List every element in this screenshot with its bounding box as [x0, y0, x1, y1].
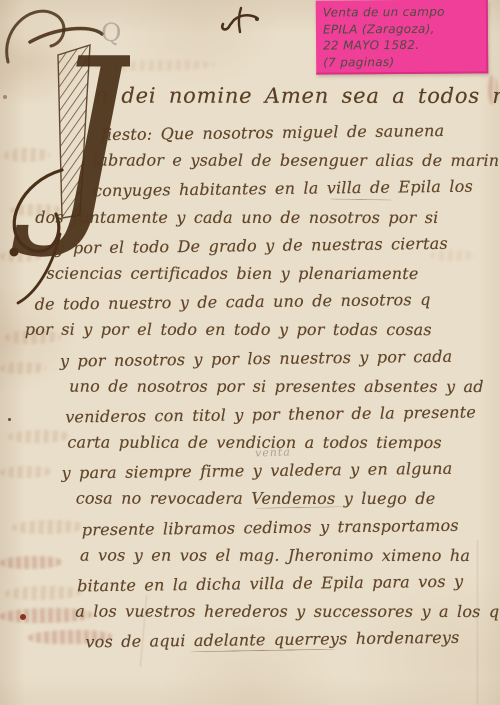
manuscript-line: fiesto: Que nosotros miguel de saunena — [101, 117, 499, 150]
manuscript-line: dos Juntamente y cada uno de nosotros po… — [35, 204, 499, 233]
manuscript-page: J Q Venta de un campo EPILA (Zaragoza), … — [0, 0, 500, 705]
manuscript-line: de todo nuestro y de cada uno de nosotro… — [35, 286, 500, 320]
manuscript-line: a vos y en vos el mag. Jheronimo ximeno … — [80, 542, 500, 571]
manuscript-line: cosa no revocadera Vendemos y luego de — [76, 486, 500, 515]
manuscript-text-block: n dei nomine Amen sea a todos mani fiest… — [0, 77, 500, 657]
manuscript-line: a los vuestros herederos y successores y… — [75, 599, 500, 628]
manuscript-line: y por el todo De grado y de nuestras cie… — [55, 230, 499, 264]
sticky-note-line: EPILA (Zaragoza), — [323, 20, 486, 38]
sticky-note: Venta de un campo EPILA (Zaragoza), 22 M… — [316, 0, 489, 75]
manuscript-line: labrador e ysabel de besenguer alias de … — [93, 148, 499, 177]
manuscript-line: presente libramos cedimos y transportamo… — [82, 512, 500, 545]
venta-pencil-annotation: venta — [255, 445, 291, 459]
manuscript-line: sciencias certificados bien y plenariame… — [47, 261, 500, 290]
manuscript-line: conyuges habitantes en la villa de Epila… — [93, 174, 499, 207]
manuscript-line: por si y por el todo en todo y por todas… — [25, 317, 500, 346]
manuscript-line: uno de nosotros por si presentes absente… — [69, 373, 500, 402]
manuscript-line: y por nosotros y por los nuestros y por … — [60, 343, 500, 377]
manuscript-line: vos de aqui adelante querreys hordenarey… — [85, 625, 500, 658]
manuscript-line: y para siempre firme y valedera y en alg… — [61, 455, 500, 489]
manuscript-line: n dei nomine Amen sea a todos mani — [95, 78, 499, 120]
manuscript-line: bitante en la dicha villa de Epila para … — [77, 568, 500, 601]
sticky-note-line: 22 MAYO 1582. — [323, 36, 486, 54]
manuscript-line: venideros con titol y por thenor de la p… — [65, 399, 500, 432]
sticky-note-line: (7 paginas) — [323, 53, 486, 71]
q-pencil-mark: Q — [100, 17, 122, 47]
notarial-cross-icon — [218, 2, 262, 38]
sticky-note-line: Venta de un campo — [323, 3, 486, 21]
